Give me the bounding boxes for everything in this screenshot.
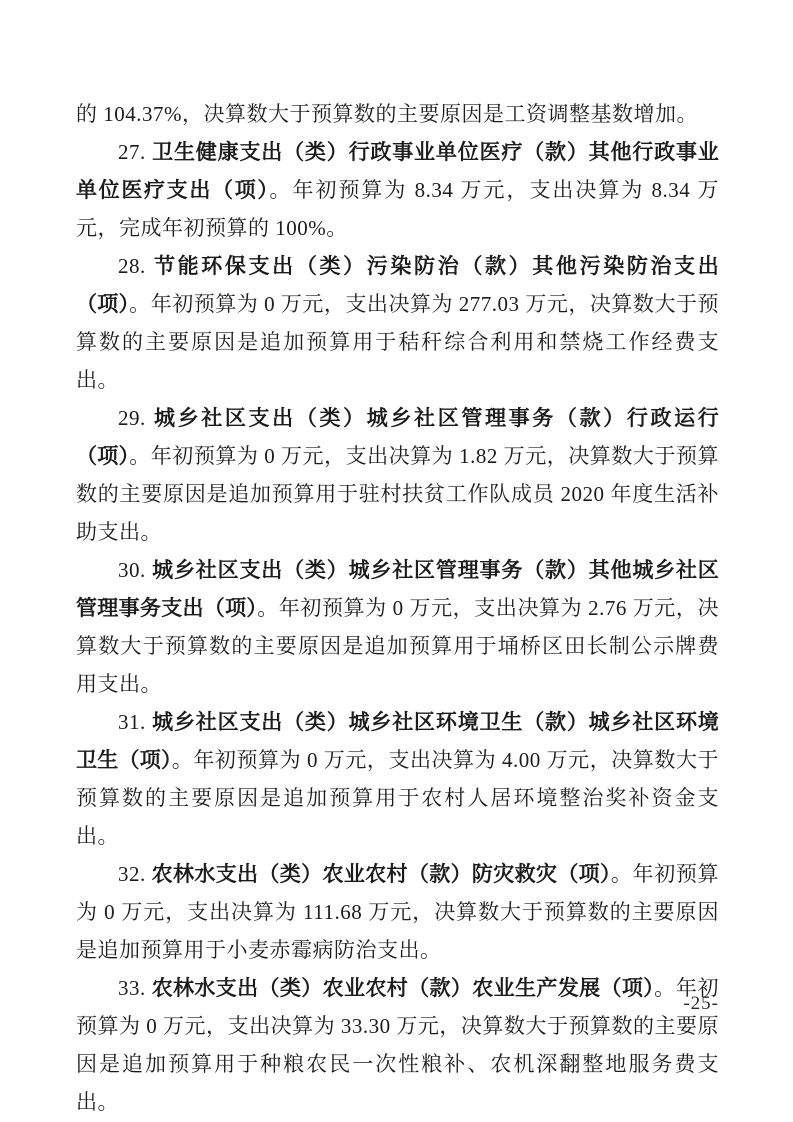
paragraph-text: 。年初预算为 0 万元，支出决算为 277.03 万元，决算数大于预算数的主要原…	[76, 292, 719, 392]
paragraph-number: 33.	[118, 976, 146, 1000]
paragraph: 30. 城乡社区支出（类）城乡社区管理事务（款）其他城乡社区管理事务支出（项）。…	[76, 551, 719, 703]
paragraph: 32. 农林水支出（类）农业农村（款）防灾救灾（项）。年初预算为 0 万元，支出…	[76, 855, 719, 969]
paragraph-number: 31.	[118, 710, 146, 734]
document-body: 的 104.37%，决算数大于预算数的主要原因是工资调整基数增加。 27. 卫生…	[76, 95, 719, 1121]
continuation-paragraph: 的 104.37%，决算数大于预算数的主要原因是工资调整基数增加。	[76, 95, 719, 133]
paragraph-number: 32.	[118, 862, 146, 886]
paragraph-text: 。年初预算为 0 万元，支出决算为 1.82 万元，决算数大于预算数的主要原因是…	[76, 444, 719, 544]
paragraph: 33. 农林水支出（类）农业农村（款）农业生产发展（项）。年初预算为 0 万元，…	[76, 969, 719, 1121]
paragraph-heading: 农林水支出（类）农业农村（款）防灾救灾（项）	[152, 862, 611, 886]
paragraph: 28. 节能环保支出（类）污染防治（款）其他污染防治支出（项）。年初预算为 0 …	[76, 247, 719, 399]
paragraph-text: 。年初预算为 0 万元，支出决算为 4.00 万元，决算数大于预算数的主要原因是…	[76, 748, 719, 848]
paragraph: 31. 城乡社区支出（类）城乡社区环境卫生（款）城乡社区环境卫生（项）。年初预算…	[76, 703, 719, 855]
paragraph: 29. 城乡社区支出（类）城乡社区管理事务（款）行政运行（项）。年初预算为 0 …	[76, 399, 719, 551]
paragraph-list: 27. 卫生健康支出（类）行政事业单位医疗（款）其他行政事业单位医疗支出（项）。…	[76, 133, 719, 1121]
paragraph-number: 29.	[118, 406, 146, 430]
paragraph-number: 27.	[118, 140, 146, 164]
paragraph-heading: 农林水支出（类）农业农村（款）农业生产发展（项）	[152, 976, 654, 1000]
paragraph-number: 28.	[118, 254, 146, 278]
paragraph: 27. 卫生健康支出（类）行政事业单位医疗（款）其他行政事业单位医疗支出（项）。…	[76, 133, 719, 247]
document-page: 的 104.37%，决算数大于预算数的主要原因是工资调整基数增加。 27. 卫生…	[0, 0, 793, 1122]
paragraph-number: 30.	[118, 558, 146, 582]
page-number: -25-	[683, 993, 719, 1015]
